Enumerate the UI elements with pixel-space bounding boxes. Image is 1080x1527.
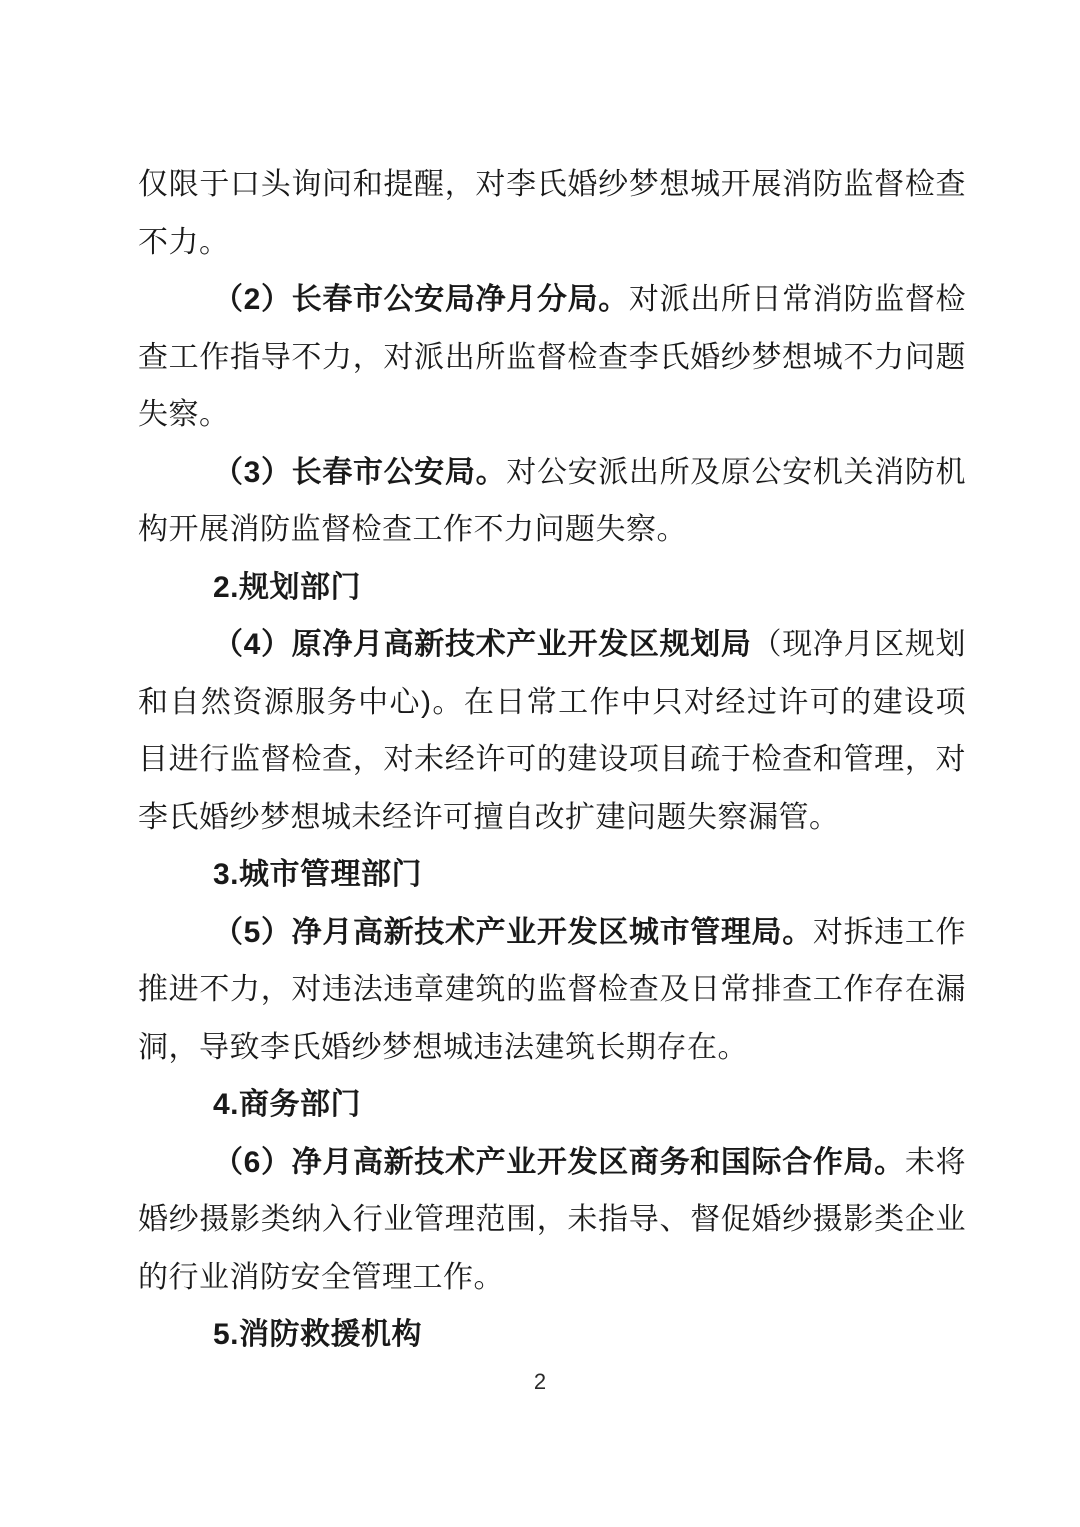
text-run: 仅限于口头询问和提醒，对李氏婚纱梦想城开展消防监督检查不力。 [138, 168, 966, 259]
page-number: 2 [0, 1368, 1080, 1396]
text-run: 2.规划部门 [213, 571, 361, 604]
text-run: （6）净月高新技术产业开发区商务和国际合作局。 [213, 1146, 905, 1179]
section-heading: 2.规划部门 [138, 559, 966, 617]
text-run: （4）原净月高新技术产业开发区规划局 [213, 628, 752, 661]
paragraph: （2）长春市公安局净月分局。对派出所日常消防监督检查工作指导不力，对派出所监督检… [138, 271, 966, 444]
text-run: 5.消防救援机构 [213, 1318, 422, 1351]
paragraph: （4）原净月高新技术产业开发区规划局（现净月区规划和自然资源服务中心)。在日常工… [138, 616, 966, 846]
text-run: 4.商务部门 [213, 1088, 361, 1121]
section-heading: 5.消防救援机构 [138, 1306, 966, 1364]
text-run: 3.城市管理部门 [213, 858, 422, 891]
paragraph: （5）净月高新技术产业开发区城市管理局。对拆违工作推进不力，对违法违章建筑的监督… [138, 904, 966, 1077]
text-run: （3）长春市公安局。 [213, 456, 506, 489]
section-heading: 4.商务部门 [138, 1076, 966, 1134]
paragraph: （6）净月高新技术产业开发区商务和国际合作局。未将婚纱摄影类纳入行业管理范围，未… [138, 1134, 966, 1307]
document-body: 仅限于口头询问和提醒，对李氏婚纱梦想城开展消防监督检查不力。（2）长春市公安局净… [138, 156, 966, 1364]
paragraph: （3）长春市公安局。对公安派出所及原公安机关消防机构开展消防监督检查工作不力问题… [138, 444, 966, 559]
text-run: （2）长春市公安局净月分局。 [213, 283, 629, 316]
document-page: 仅限于口头询问和提醒，对李氏婚纱梦想城开展消防监督检查不力。（2）长春市公安局净… [0, 0, 1080, 1527]
section-heading: 3.城市管理部门 [138, 846, 966, 904]
paragraph: 仅限于口头询问和提醒，对李氏婚纱梦想城开展消防监督检查不力。 [138, 156, 966, 271]
text-run: （5）净月高新技术产业开发区城市管理局。 [213, 916, 813, 949]
